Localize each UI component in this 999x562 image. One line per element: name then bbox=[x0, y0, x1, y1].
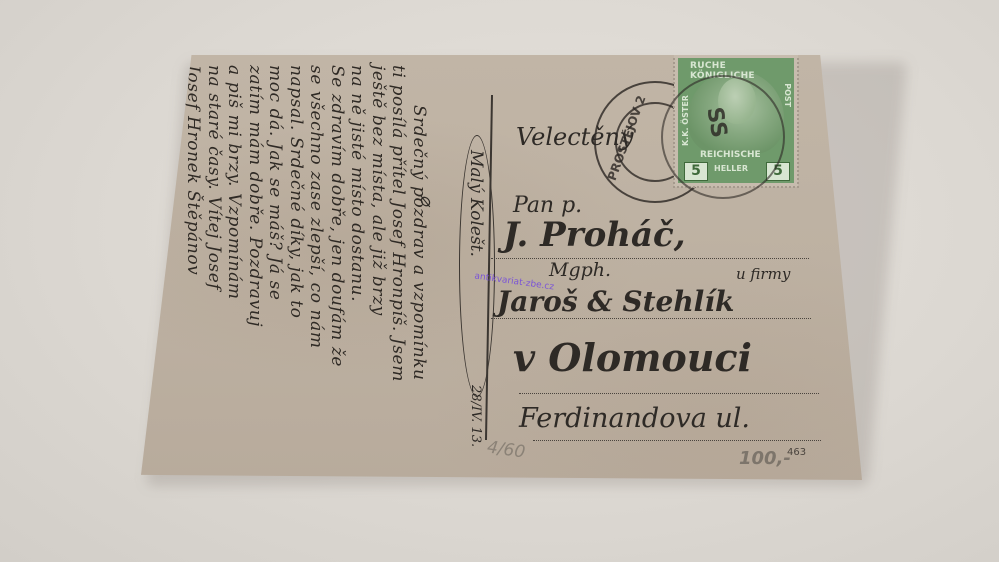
address-street: Ferdinandova ul. bbox=[519, 403, 750, 434]
message-line: a piš mi brzy. Vzpomínám bbox=[224, 65, 245, 465]
address-firm: Jaroš & Stehlík bbox=[497, 285, 734, 318]
message-block: Srdečný pozdrav a vzpomínku ti posílá př… bbox=[183, 65, 429, 465]
scribble-mark: ⌀ bbox=[416, 195, 437, 206]
message-line: ti posílá přítel Josef Hronpíš. Jsem bbox=[388, 65, 409, 465]
message-line: moc dá. Jak se máš? Já se bbox=[265, 65, 286, 465]
pencil-price-mark: 100,- bbox=[739, 448, 791, 469]
message-line: napsal. Srdečné díky, jak to bbox=[286, 65, 307, 465]
card-number: 463 bbox=[787, 447, 806, 458]
message-line: se všechno zase zlepší, co nám bbox=[306, 65, 327, 465]
place-text: Malý Kolešt. bbox=[466, 150, 486, 257]
address-role: Mgph. bbox=[549, 259, 611, 281]
date-text: 28/IV. 13. bbox=[468, 385, 483, 447]
message-line: Josef Hronek Štěpánov bbox=[183, 65, 204, 465]
address-firm-prefix: u firmy bbox=[736, 265, 790, 283]
address-salutation: Velectěný bbox=[516, 123, 634, 151]
address-rule-2 bbox=[491, 318, 811, 319]
address-name: J. Proháč, bbox=[503, 215, 686, 255]
postcard: Srdečný pozdrav a vzpomínku ti posílá př… bbox=[141, 55, 862, 480]
address-rule-3 bbox=[519, 393, 819, 394]
message-line: Srdečný pozdrav a vzpomínku bbox=[409, 65, 430, 465]
postmark-overprint: SS bbox=[701, 105, 731, 140]
address-rule-1 bbox=[491, 258, 809, 259]
pencil-inventory-mark: 4/60 bbox=[486, 437, 527, 462]
message-line: Se zdravím dobře, jen doufám že bbox=[327, 65, 348, 465]
stamp-right-text: OSTERREICHISCHE POST bbox=[783, 83, 794, 167]
address-rule-4 bbox=[533, 440, 821, 441]
message-line: na ně jisté místo dostanu. bbox=[347, 65, 368, 465]
postmark-overprint-ring bbox=[661, 75, 785, 199]
message-line: zatím mám dobře. Pozdravuj bbox=[245, 65, 266, 465]
address-city: v Olomouci bbox=[513, 335, 752, 380]
message-line: ještě bez místa, ale již brzy bbox=[368, 65, 389, 465]
message-line: na staré časy. Vítej Josef bbox=[204, 65, 225, 465]
